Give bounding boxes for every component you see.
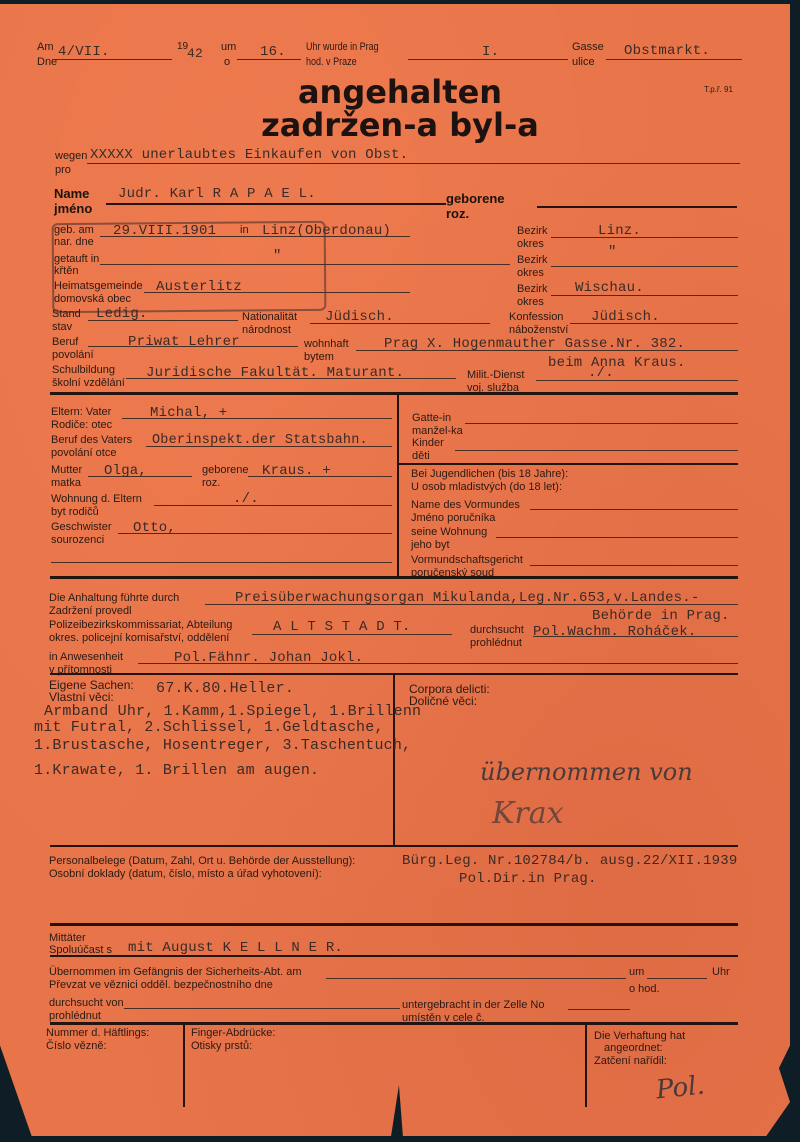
parents-home-label-de: Wohnung d. Eltern <box>51 493 142 505</box>
spouse-label-cz: manžel-ka <box>412 425 463 437</box>
spouse-label-de: Gatte-in <box>412 412 451 424</box>
ordered-by-label-cz: Zatčení nařídil: <box>594 1055 667 1067</box>
belongings-line-2: mit Futral, 2.Schlissel, 1.Geldtasche, <box>34 719 384 736</box>
ordered-by-label-de-1: Die Verhaftung hat <box>594 1030 685 1042</box>
born-label-de: geb. am <box>54 224 94 236</box>
father-job-label-de: Beruf des Vaters <box>51 434 132 446</box>
fingerprints-label-cz: Otisky prstů: <box>191 1040 252 1052</box>
father-value: Michal, + <box>150 405 227 421</box>
place-label-de: Uhr wurde in Prag <box>306 41 379 53</box>
religion-value: Jüdisch. <box>591 309 660 325</box>
religion-label-cz: náboženství <box>509 324 568 336</box>
belongings-label-cz: Vlastní věci: <box>49 691 114 703</box>
mother-maiden-value: Kraus. + <box>262 463 331 479</box>
home-label-de: Heimatsgemeinde <box>54 280 143 292</box>
guardian-home-label-de: seine Wohnung <box>411 526 487 538</box>
born-value: 29.VIII.1901 <box>113 223 216 239</box>
presence-value: Pol.Fähnr. Johan Jokl. <box>174 650 363 666</box>
father-label-de: Eltern: Vater <box>51 406 111 418</box>
guardian-home-label-cz: jeho byt <box>411 539 450 551</box>
belongings-line-1: Armband Uhr, 1.Kamm,1.Spiegel, 1.Brillen… <box>44 703 421 720</box>
born-in-label: in <box>240 224 249 236</box>
nationality-label-de: Nationalität <box>242 311 297 323</box>
guardian-label-de: Name des Vormundes <box>411 499 520 511</box>
baptized-district-label-de: Bezirk <box>517 254 548 266</box>
siblings-label-de: Geschwister <box>51 521 112 533</box>
residence-label-cz: bytem <box>304 351 334 363</box>
handwritten-note: übernommen von <box>480 758 693 786</box>
name-label-de: Name <box>54 187 89 201</box>
name-value: Judr. Karl R A P A E L. <box>118 186 316 202</box>
place-label-cz: hod. v Praze <box>306 56 357 68</box>
ordered-by-label-de-2: angeordnet: <box>604 1042 663 1054</box>
documents-label-de: Personalbelege (Datum, Zahl, Ort u. Behö… <box>49 855 355 867</box>
accomplice-label-de: Mittäter <box>49 932 86 944</box>
military-value: ./. <box>588 365 614 381</box>
guardian-label-cz: Jméno poručníka <box>411 512 495 524</box>
job-label-cz: povolání <box>52 349 94 361</box>
custody-searched-label-cz: prohlédnut <box>49 1010 101 1022</box>
education-label-cz: školní vzdělání <box>52 377 125 389</box>
job-value: Priwat Lehrer <box>128 334 240 350</box>
born-label-cz: nar. dne <box>54 236 94 248</box>
presence-label-de: in Anwesenheit <box>49 651 123 663</box>
status-label-de: Stand <box>52 308 81 320</box>
handwritten-signature: Krax <box>492 796 564 831</box>
education-value: Juridische Fakultät. Maturant. <box>146 365 404 381</box>
home-district-label-de: Bezirk <box>517 283 548 295</box>
home-value: Austerlitz <box>156 279 242 295</box>
father-job-label-cz: povolání otce <box>51 447 116 459</box>
time-label-cz: o <box>224 56 230 68</box>
siblings-label-cz: sourozenci <box>51 534 104 546</box>
reason-label-cz: pro <box>55 164 71 176</box>
district-value: I. <box>482 44 499 60</box>
arrest-by-value-2: Behörde in Prag. <box>592 608 730 624</box>
custody-taken-label-de: Übernommen im Gefängnis der Sicherheits-… <box>49 966 302 978</box>
documents-value-2: Pol.Dir.in Prag. <box>459 871 597 887</box>
reason-value: XXXXX unerlaubtes Einkaufen von Obst. <box>90 147 408 163</box>
children-label-cz: děti <box>412 450 430 462</box>
mother-label-de: Mutter <box>51 464 82 476</box>
mother-value: Olga, <box>104 463 147 479</box>
documents-label-cz: Osobní doklady (datum, číslo, místo a úř… <box>49 868 322 880</box>
arrest-by-value: Preisüberwachungsorgan Mikulanda,Leg.Nr.… <box>235 590 699 606</box>
siblings-value: Otto, <box>133 520 176 536</box>
street-label-de: Gasse <box>572 41 604 53</box>
baptized-value: " <box>273 248 282 264</box>
nationality-value: Jüdisch. <box>325 309 394 325</box>
born-district-label-de: Bezirk <box>517 225 548 237</box>
prisoner-number-label-cz: Číslo vězně: <box>46 1040 107 1052</box>
searched-label-cz: prohlédnut <box>470 637 522 649</box>
prisoner-number-label-de: Nummer d. Häftlings: <box>46 1027 149 1039</box>
documents-value: Bürg.Leg. Nr.102784/b. ausg.22/XII.1939 <box>402 853 737 869</box>
born-district-label-cz: okres <box>517 238 544 250</box>
residence-value: Prag X. Hogenmauther Gasse.Nr. 382. <box>384 336 685 352</box>
custody-searched-label-de: durchsucht von <box>49 997 124 1009</box>
residence-label-de: wohnhaft <box>304 338 349 350</box>
belongings-line-3: 1.Brustasche, Hosentreger, 3.Taschentuch… <box>34 737 411 754</box>
custody-at-label-cz: o hod. <box>629 983 660 995</box>
mother-maiden-label-de: geborene <box>202 464 249 476</box>
baptized-label-de: getauft in <box>54 253 99 265</box>
time-label-de: um <box>221 41 236 53</box>
born-place-value: Linz(Oberdonau) <box>262 223 391 239</box>
guardian-court-label-de: Vormundschaftsgericht <box>411 554 523 566</box>
year-value: 42 <box>187 46 203 61</box>
custody-at-label-de: um <box>629 966 644 978</box>
father-job-value: Oberinspekt.der Statsbahn. <box>152 433 368 448</box>
born-district-value: Linz. <box>598 223 641 239</box>
parents-home-value: ./. <box>233 491 259 507</box>
custody-hour-label: Uhr <box>712 966 730 978</box>
searched-label-de: durchsucht <box>470 624 524 636</box>
date-value: 4/VII. <box>58 44 110 60</box>
precinct-label-cz: okres. policejní komisařství, oddělení <box>49 632 229 644</box>
nationality-label-cz: národnost <box>242 324 291 336</box>
mother-label-cz: matka <box>51 477 81 489</box>
date-label-cz: Dne <box>37 56 57 68</box>
military-label-de: Milit.-Dienst <box>467 369 524 381</box>
precinct-label-de: Polizeibezirkskommissariat, Abteilung <box>49 619 232 631</box>
date-label-de: Am <box>37 41 54 53</box>
accomplice-value: mit August K E L L N E R. <box>128 940 343 956</box>
title-de: angehalten <box>0 74 800 110</box>
religion-label-de: Konfession <box>509 311 563 323</box>
custody-taken-label-cz: Převzat ve věznici odděl. bezpečnostního… <box>49 979 273 991</box>
status-label-cz: stav <box>52 321 72 333</box>
home-district-label-cz: okres <box>517 296 544 308</box>
street-value: Obstmarkt. <box>624 43 710 59</box>
corpora-label-cz: Doličné věci: <box>409 695 477 707</box>
juvenile-label-cz: U osob mladistvých (do 18 let): <box>411 481 562 493</box>
precinct-value: A L T S T A D T. <box>273 619 411 635</box>
mother-maiden-label-cz: roz. <box>202 477 220 489</box>
home-label-cz: domovská obec <box>54 293 131 305</box>
cell-label-de: untergebracht in der Zelle No <box>402 999 544 1011</box>
baptized-district-label-cz: okres <box>517 267 544 279</box>
maiden-label-cz: roz. <box>446 207 469 221</box>
street-label-cz: ulice <box>572 56 595 68</box>
arrest-by-label-de: Die Anhaltung führte durch <box>49 592 179 604</box>
status-value: Ledig. <box>96 306 148 322</box>
parents-home-label-cz: byt rodičů <box>51 506 99 518</box>
father-label-cz: Rodiče: otec <box>51 419 112 431</box>
maiden-label-de: geborene <box>446 192 505 206</box>
fingerprints-label-de: Finger-Abdrücke: <box>191 1027 275 1039</box>
arrest-by-label-cz: Zadržení provedl <box>49 605 132 617</box>
time-value: 16. <box>260 44 286 60</box>
searched-value: Pol.Wachm. Roháček. <box>533 624 696 640</box>
education-label-de: Schulbildung <box>52 364 115 376</box>
baptized-district-value: " <box>608 244 617 260</box>
ordering-signature: Pol. <box>655 1071 707 1106</box>
reason-label-de: wegen <box>55 150 87 162</box>
children-label-de: Kinder <box>412 437 444 449</box>
job-label-de: Beruf <box>52 336 78 348</box>
baptized-label-cz: křtěn <box>54 265 78 277</box>
belongings-money: 67.K.80.Heller. <box>156 680 294 697</box>
juvenile-label-de: Bei Jugendlichen (bis 18 Jahre): <box>411 468 568 480</box>
name-label-cz: jméno <box>54 202 92 216</box>
belongings-line-4: 1.Krawate, 1. Brillen am augen. <box>34 762 319 779</box>
title-cz: zadržen-a byl-a <box>0 107 800 143</box>
residence-value-2: beim Anna Kraus. <box>548 355 686 371</box>
home-district-value: Wischau. <box>575 280 644 296</box>
